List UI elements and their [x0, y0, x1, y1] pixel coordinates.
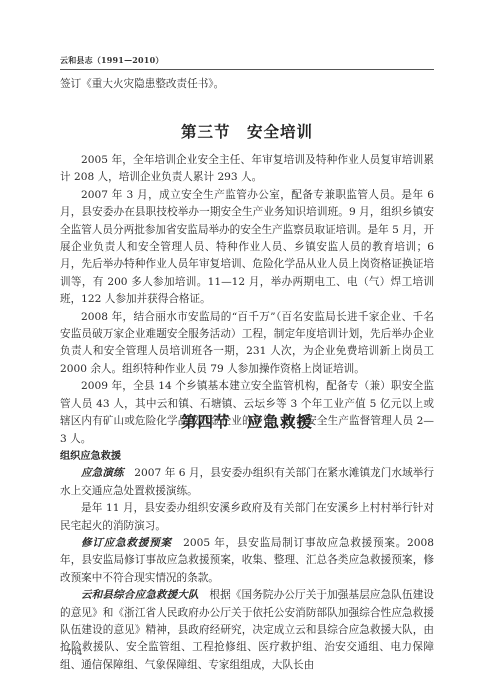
- section-4: 第四节 应急救援: [60, 410, 434, 432]
- subheading: 组织应急救援: [60, 448, 434, 465]
- paragraph: 是年 11 月，县安委办组织安溪乡政府及有关部门在安溪乡上村村举行针对民宅起火的…: [60, 500, 434, 535]
- paragraph: 云和县综合应急救援大队 根据《国务院办公厅关于加强基层应急队伍建设的意见》和《浙…: [60, 587, 434, 674]
- section-title: 第三节 安全培训: [60, 120, 434, 142]
- paragraph: 2005 年，全年培训企业安全主任、年审复培训及特种作业人员复审培训累计 208…: [60, 152, 434, 187]
- paragraph: 2007 年 3 月，成立安全生产监管办公室，配备专兼职监管人员。是年 6 月，…: [60, 187, 434, 309]
- paragraph: 修订应急救援预案 2005 年，县安监局制订事故应急救援预案。2008 年，县安…: [60, 535, 434, 587]
- paragraph-lead: 应急演练: [81, 467, 124, 479]
- section-3-body: 2005 年，全年培训企业安全主任、年审复培训及特种作业人员复审培训累计 208…: [60, 152, 434, 448]
- paragraph: 应急演练 2007 年 6 月，县安委办组织有关部门在紧水滩镇龙门水域举行水上交…: [60, 465, 434, 500]
- section-title: 第四节 应急救援: [60, 410, 434, 432]
- section-3: 第三节 安全培训: [60, 120, 434, 142]
- continuation-text: 签订《重大火灾隐患整改责任书》。: [60, 76, 434, 93]
- paragraph-lead: 云和县综合应急救援大队: [81, 589, 199, 601]
- paragraph: 2008 年，结合丽水市安监局的“百千万”（百名安监局长进千家企业、千名安监员破…: [60, 309, 434, 379]
- page-number: 704: [66, 648, 82, 658]
- running-header: 云和县志（1991—2010）: [60, 55, 434, 70]
- paragraph-text: 是年 11 月，县安委办组织安溪乡政府及有关部门在安溪乡上村村举行针对民宅起火的…: [60, 502, 434, 531]
- paragraph-lead: 修订应急救援预案: [81, 537, 172, 549]
- paragraph: 签订《重大火灾隐患整改责任书》。: [60, 76, 434, 93]
- paragraph-text: 根据《国务院办公厅关于加强基层应急队伍建设的意见》和《浙江省人民政府办公厅关于依…: [60, 589, 434, 671]
- section-4-body: 组织应急救援 应急演练 2007 年 6 月，县安委办组织有关部门在紧水滩镇龙门…: [60, 448, 434, 674]
